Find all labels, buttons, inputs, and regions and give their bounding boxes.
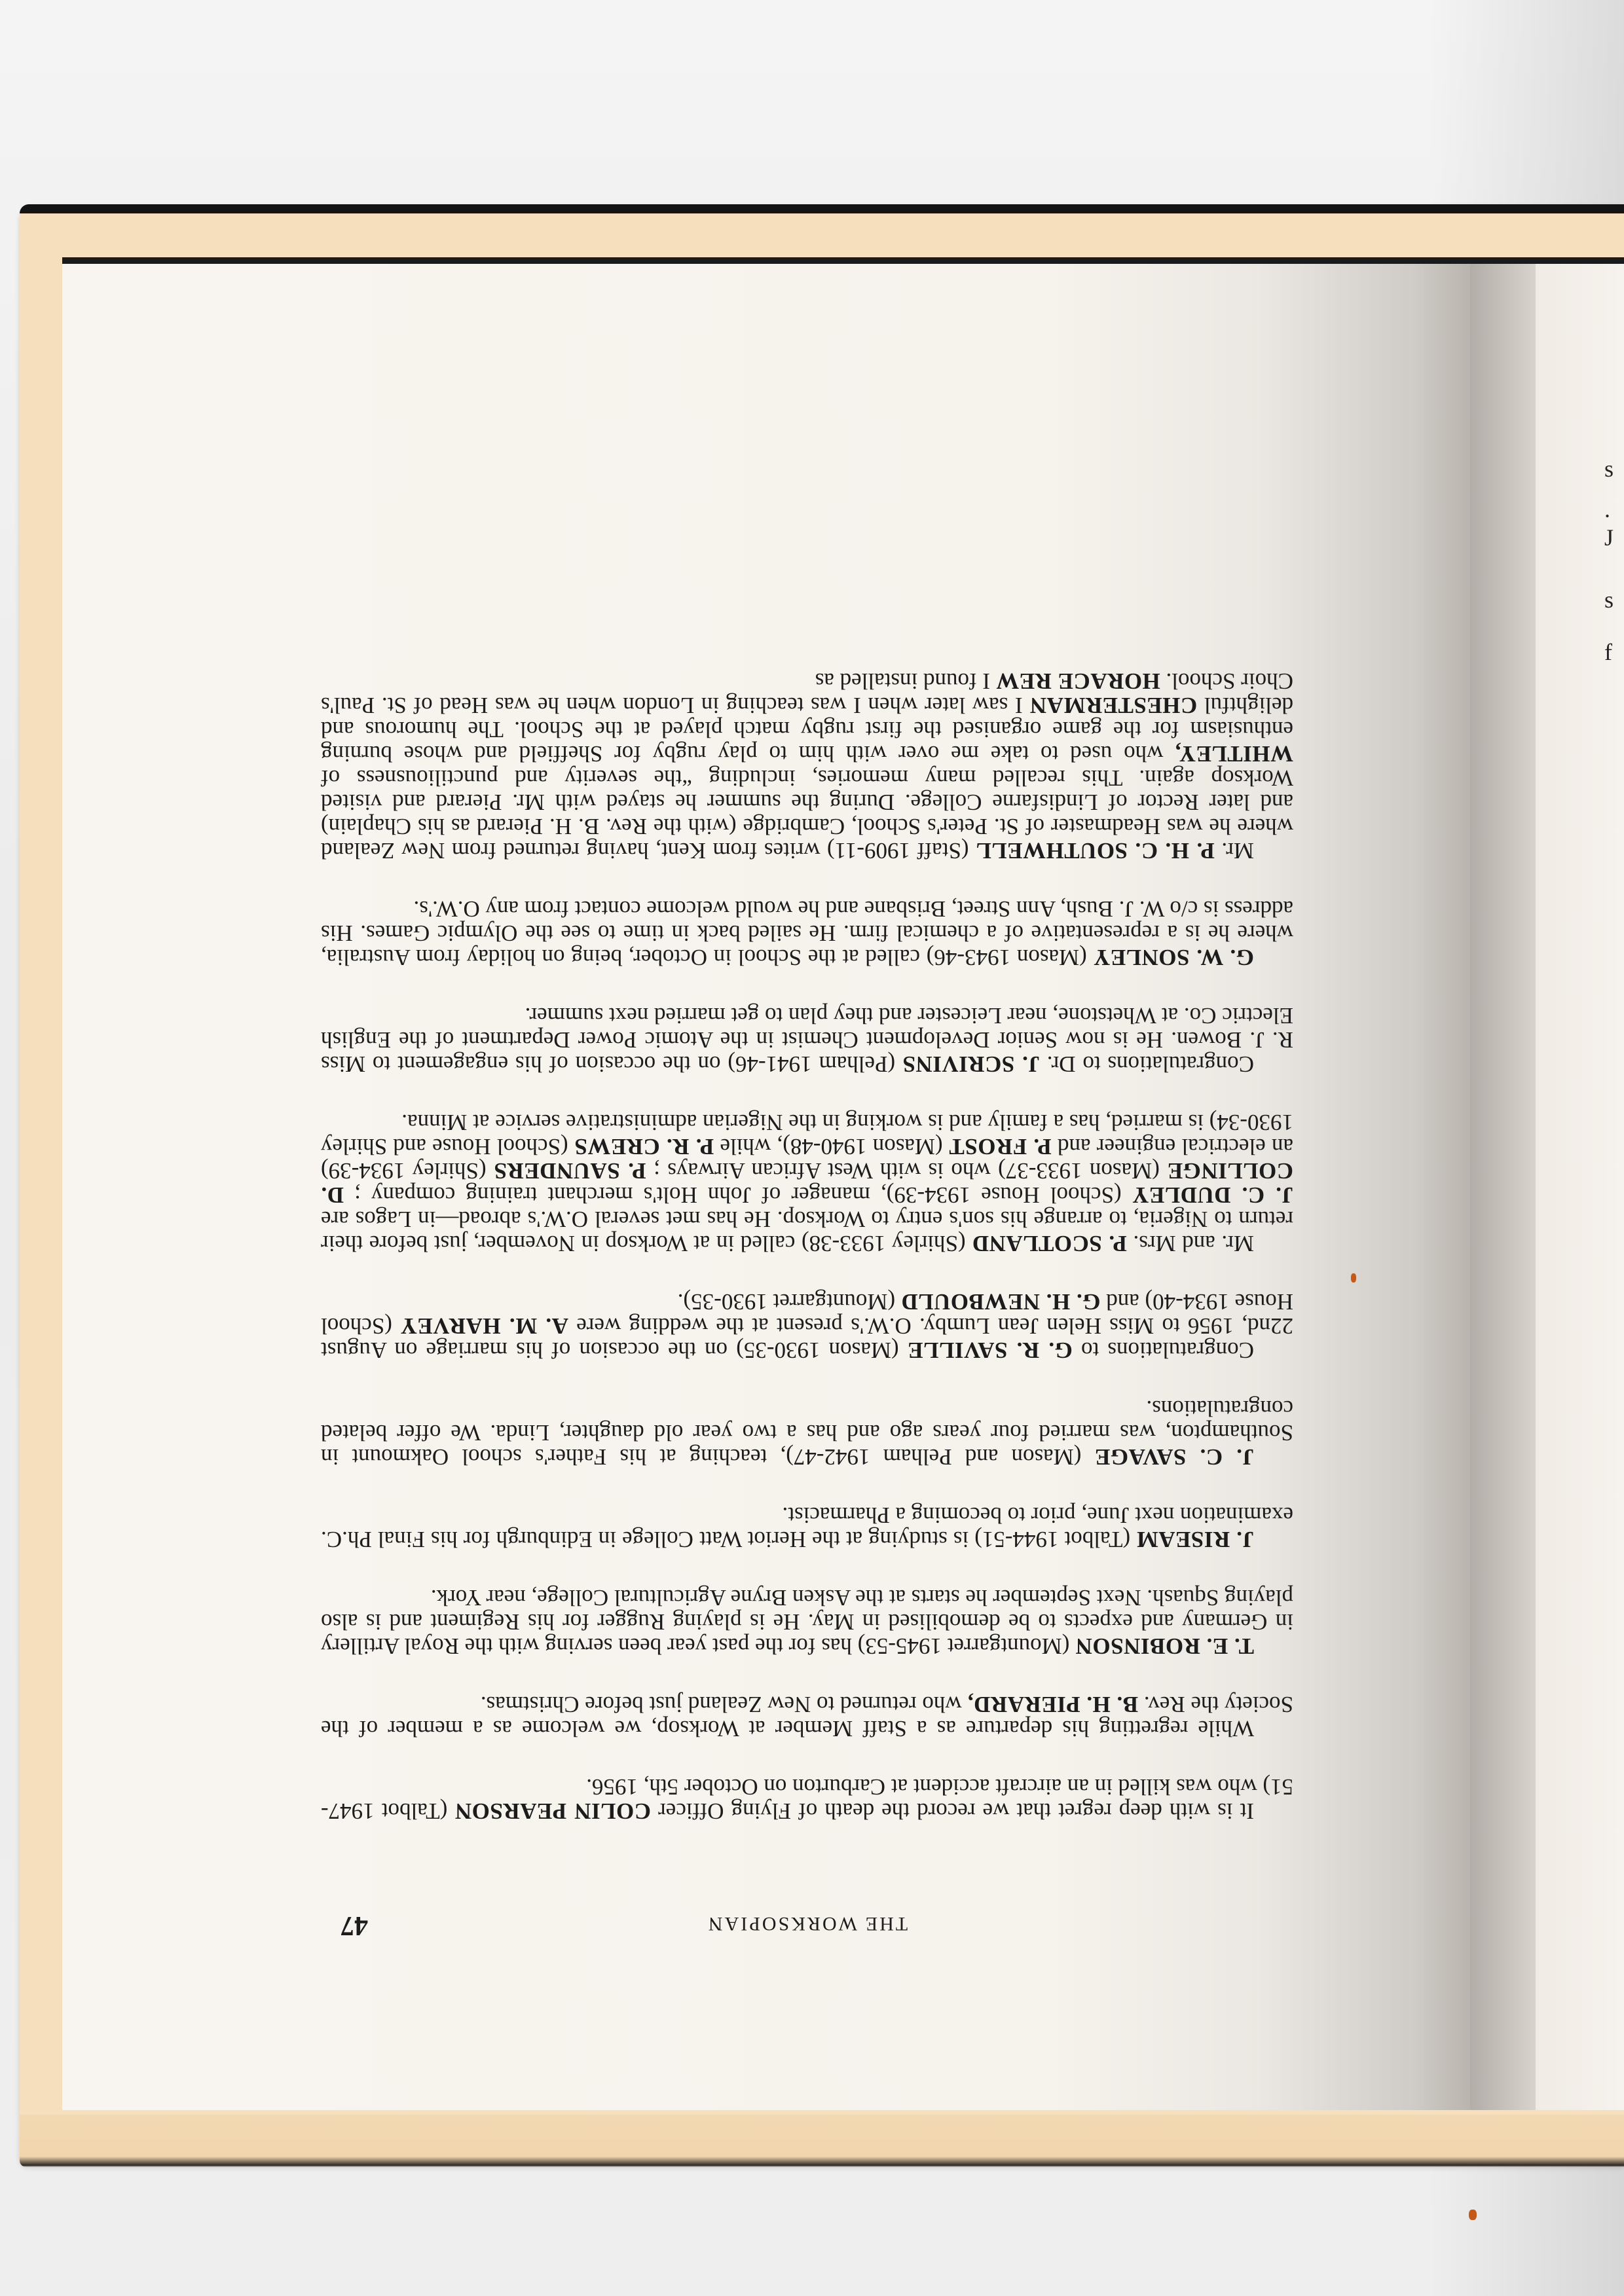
person-name: J. C. DUDLEY: [1132, 1182, 1293, 1208]
book-cover-bottom-edge: [20, 2115, 1624, 2167]
person-name: P. SAUNDERS: [494, 1158, 646, 1184]
person-name: J. RISEAM: [1136, 1527, 1254, 1552]
paragraph-saville: Congratulations to G. R. SAVILLE (Mason …: [321, 1290, 1293, 1362]
journal-title: THE WORKSOPIAN: [321, 1912, 1293, 1935]
paragraph-pierard: While regretting his departure as a Staf…: [321, 1692, 1293, 1741]
page-number: 47: [341, 1910, 368, 1941]
paragraph-text: (Mason 1940-48), while: [714, 1134, 949, 1159]
person-name: G. R. SAVILLE: [908, 1338, 1073, 1363]
paragraph-text: (Mason 1933-37) who is with West African…: [646, 1158, 1168, 1184]
paragraph-text: Mr. and Mrs.: [1127, 1231, 1254, 1256]
facing-fragment: J: [1604, 524, 1614, 551]
paragraph-pearson: It is with deep regret that we record th…: [321, 1775, 1293, 1823]
person-name: CHESTERMAN: [1029, 693, 1197, 718]
paragraph-text: (Mountgarret 1930-35).: [678, 1289, 901, 1315]
facing-fragment: f: [1604, 638, 1612, 666]
paragraph-robinson: T. E. ROBINSON (Mountgarret 1945-53) has…: [321, 1586, 1293, 1658]
paragraph-text: It is with deep regret that we record th…: [651, 1798, 1254, 1824]
person-name: G. W. SONLEY: [1094, 945, 1254, 970]
paper-speck: [1351, 1273, 1356, 1283]
paragraph-scotland: Mr. and Mrs. P. SCOTLAND (Shirley 1933-3…: [321, 1110, 1293, 1256]
facing-page-text-fragments: s . J s f: [1559, 0, 1624, 2296]
paragraph-text: I found installed as: [815, 668, 996, 694]
facing-fragment: s: [1604, 586, 1614, 613]
paragraph-text: Mr.: [1215, 838, 1254, 864]
book-gutter: [1470, 264, 1536, 2110]
person-name: P. R. CREWS: [574, 1134, 714, 1159]
paper-speck: [1469, 2210, 1477, 2220]
person-name: P. SCOTLAND: [972, 1231, 1127, 1256]
person-name: J. SCRIVINS: [902, 1051, 1040, 1077]
paragraph-text: Congratulations to Dr.: [1040, 1051, 1254, 1077]
person-name: B. H. PIERARD,: [967, 1692, 1138, 1717]
running-head: THE WORKSOPIAN 47: [321, 1895, 1293, 1941]
paragraph-riseam: J. RISEAM (Talbot 1944-51) is studying a…: [321, 1503, 1293, 1552]
person-name: COLIN PEARSON: [454, 1798, 651, 1824]
person-name: G. H. NEWBOULD: [901, 1289, 1101, 1315]
person-name: A. M. HARVEY: [400, 1313, 568, 1339]
paragraph-text: who returned to New Zealand just before …: [481, 1692, 968, 1717]
person-name: J. C. SAVAGE: [1095, 1444, 1254, 1470]
paragraph-sonley: G. W. SONLEY (Mason 1943-46) called at t…: [321, 897, 1293, 970]
facing-fragment: s: [1604, 455, 1614, 483]
paragraph-scrivins: Congratulations to Dr. J. SCRIVINS (Pelh…: [321, 1004, 1293, 1076]
paragraph-southwell: Mr. P. H. C. SOUTHWELL (Staff 1909-11) w…: [321, 669, 1293, 863]
person-name: P. FROST: [949, 1134, 1052, 1159]
person-name: P. H. C. SOUTHWELL: [976, 838, 1215, 864]
paragraph-savage: J. C. SAVAGE (Mason and Pelham 1942-47),…: [321, 1396, 1293, 1469]
paragraph-text: (School House 1934-39), manager of John …: [344, 1182, 1132, 1208]
printed-page-content: THE WORKSOPIAN 47 It is with deep regret…: [321, 458, 1293, 1964]
paragraph-text: Congratulations to: [1073, 1338, 1254, 1363]
person-name: HORACE REW: [996, 668, 1160, 694]
person-name: T. E. ROBINSON: [1075, 1633, 1254, 1659]
paragraph-list: It is with deep regret that we record th…: [321, 669, 1293, 1823]
facing-fragment: .: [1604, 496, 1610, 523]
person-name: WHITLEY,: [1175, 741, 1293, 767]
